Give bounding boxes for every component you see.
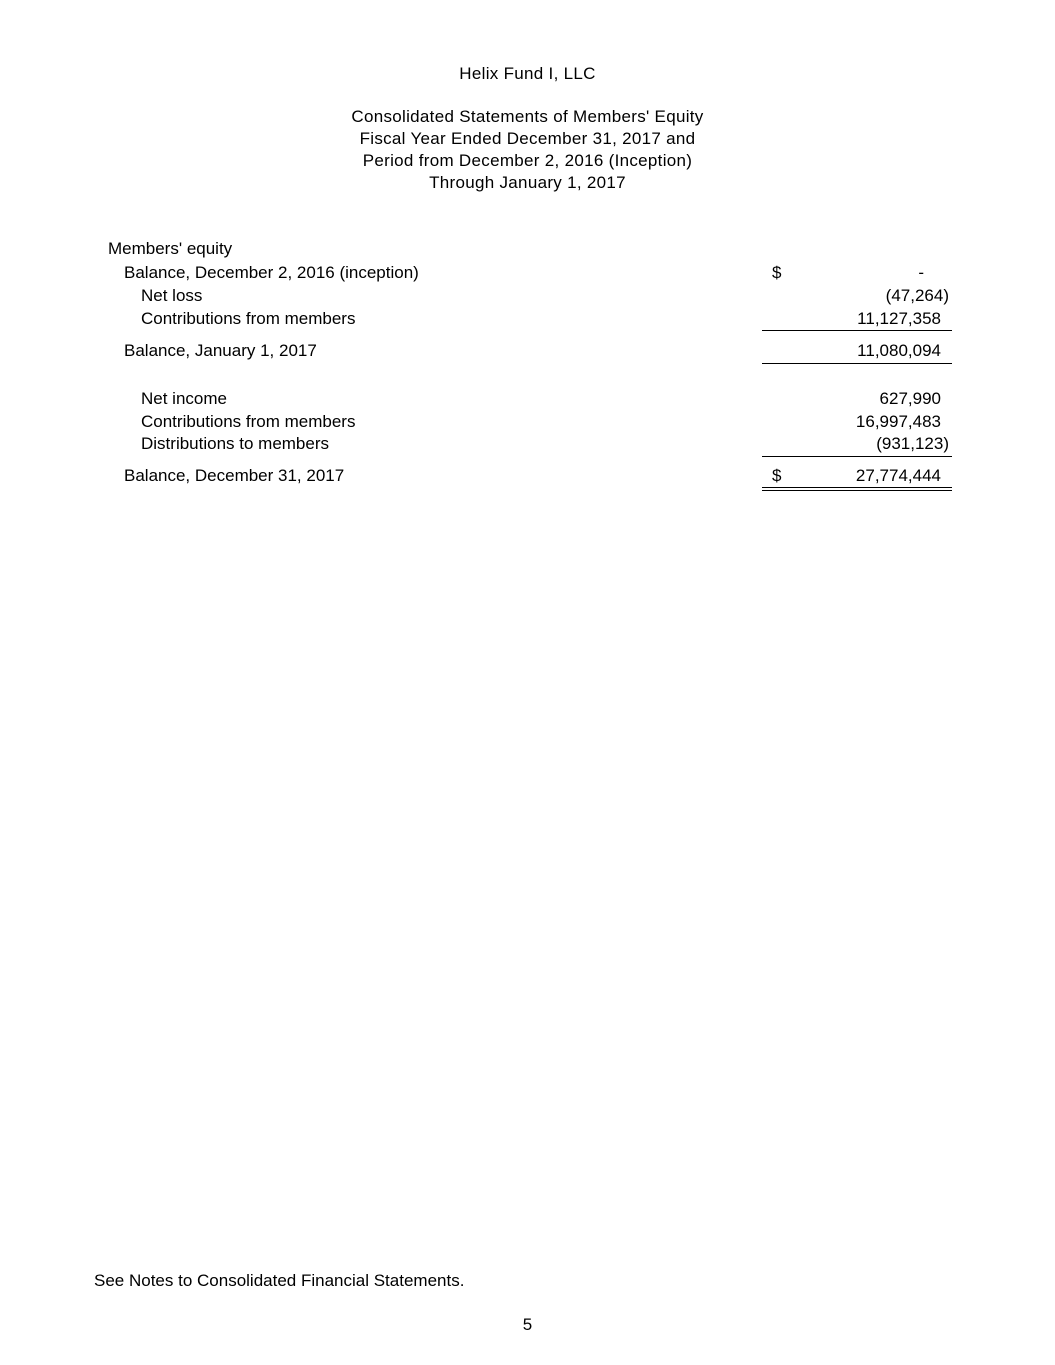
row-value: (931,123)	[769, 433, 949, 455]
page-number: 5	[0, 1314, 1055, 1336]
statement-title-line: Period from December 2, 2016 (Inception)	[0, 150, 1055, 172]
row-value: 16,997,483	[761, 411, 941, 433]
subtotal-rule	[762, 363, 952, 364]
statement-title: Consolidated Statements of Members' Equi…	[0, 106, 1055, 194]
row-value: 627,990	[761, 388, 941, 410]
subtotal-rule	[762, 456, 952, 457]
section-label: Members' equity	[108, 238, 232, 260]
total-double-rule	[762, 487, 952, 491]
footer-note: See Notes to Consolidated Financial Stat…	[94, 1270, 464, 1292]
row-value: -	[744, 262, 924, 284]
row-value: 27,774,444	[761, 465, 941, 487]
statement-title-line: Through January 1, 2017	[0, 172, 1055, 194]
subtotal-rule	[762, 330, 952, 331]
row-label: Contributions from members	[141, 308, 355, 330]
row-label: Balance, December 2, 2016 (inception)	[124, 262, 419, 284]
row-label: Balance, December 31, 2017	[124, 465, 344, 487]
row-label: Net loss	[141, 285, 202, 307]
row-value: (47,264)	[769, 285, 949, 307]
company-name: Helix Fund I, LLC	[0, 63, 1055, 85]
row-label: Contributions from members	[141, 411, 355, 433]
row-value: 11,080,094	[761, 340, 941, 362]
row-label: Net income	[141, 388, 227, 410]
statement-title-line: Fiscal Year Ended December 31, 2017 and	[0, 128, 1055, 150]
row-label: Balance, January 1, 2017	[124, 340, 317, 362]
statement-title-line: Consolidated Statements of Members' Equi…	[0, 106, 1055, 128]
row-value: 11,127,358	[761, 308, 941, 330]
row-label: Distributions to members	[141, 433, 329, 455]
